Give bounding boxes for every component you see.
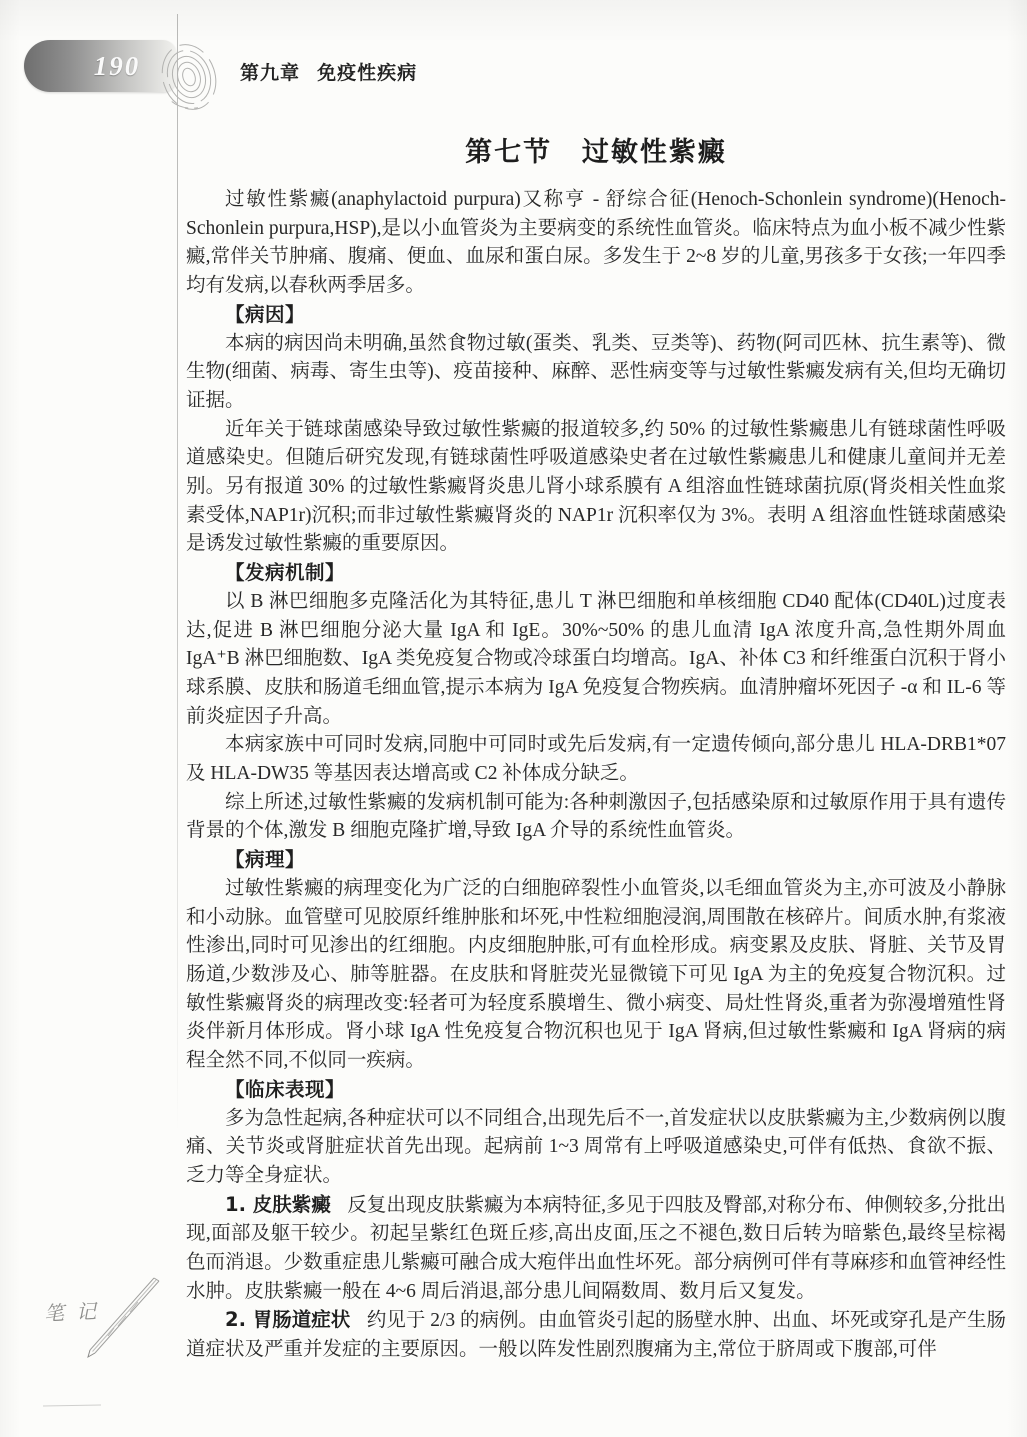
- section-heading-clinical: 【临床表现】: [186, 1076, 1006, 1105]
- paragraph: 过敏性紫癜的病理变化为广泛的白细胞碎裂性小血管炎,以毛细血管炎为主,亦可波及小静…: [186, 875, 1006, 1076]
- paper-smudge: [43, 1404, 101, 1406]
- numbered-item-2: 2. 胃肠道症状约见于 2/3 的病例。由血管炎引起的肠壁水肿、出血、坏死或穿孔…: [186, 1306, 1006, 1364]
- section-name: 过敏性紫癜: [582, 137, 727, 168]
- page-number: 190: [24, 40, 176, 92]
- section-heading-pathology: 【病理】: [186, 846, 1006, 875]
- article-body: 过敏性紫癜(anaphylactoid purpura)又称亨 - 舒综合征(H…: [186, 186, 1006, 1365]
- fingerprint-swirl-icon: [158, 40, 220, 114]
- item-2-lead: 2. 胃肠道症状: [225, 1308, 350, 1331]
- section-title: 第七节过敏性紫癜: [186, 130, 1006, 169]
- pencil-icon: [78, 1264, 168, 1360]
- chapter-title: 免疫性疾病: [317, 62, 417, 84]
- paragraph: 多为急性起病,各种症状可以不同组合,出现先后不一,首发症状以皮肤紫癜为主,少数病…: [186, 1105, 1006, 1191]
- numbered-item-1: 1. 皮肤紫癜反复出现皮肤紫癜为本病特征,多见于四肢及臀部,对称分布、伸侧较多,…: [186, 1191, 1006, 1307]
- paragraph: 近年关于链球菌感染导致过敏性紫癜的报道较多,约 50% 的过敏性紫癜患儿有链球菌…: [186, 416, 1006, 560]
- chapter-number: 第九章: [240, 62, 300, 84]
- paragraph: 本病家族中可同时发病,同胞中可同时或先后发病,有一定遗传倾向,部分患儿 HLA-…: [186, 731, 1006, 788]
- chapter-header: 第九章免疫性疾病: [240, 58, 417, 85]
- paragraph: 本病的病因尚未明确,虽然食物过敏(蛋类、乳类、豆类等)、药物(阿司匹林、抗生素等…: [186, 330, 1006, 416]
- item-1-lead: 1. 皮肤紫癜: [225, 1193, 331, 1216]
- section-heading-etiology: 【病因】: [186, 301, 1006, 330]
- paragraph-intro: 过敏性紫癜(anaphylactoid purpura)又称亨 - 舒综合征(H…: [186, 186, 1006, 301]
- page-number-badge: 190: [24, 40, 176, 92]
- section-number: 第七节: [465, 137, 552, 168]
- header-vertical-rule: [177, 14, 178, 1134]
- section-heading-pathogenesis: 【发病机制】: [186, 559, 1006, 588]
- paragraph: 综上所述,过敏性紫癜的发病机制可能为:各种刺激因子,包括感染原和过敏原作用于具有…: [186, 789, 1006, 846]
- book-page: 190 第九章免疫性疾病 第七节过敏性紫癜 过敏性紫癜(anaphylactoi…: [0, 0, 1027, 1437]
- paragraph: 以 B 淋巴细胞多克隆活化为其特征,患儿 T 淋巴细胞和单核细胞 CD40 配体…: [186, 588, 1006, 732]
